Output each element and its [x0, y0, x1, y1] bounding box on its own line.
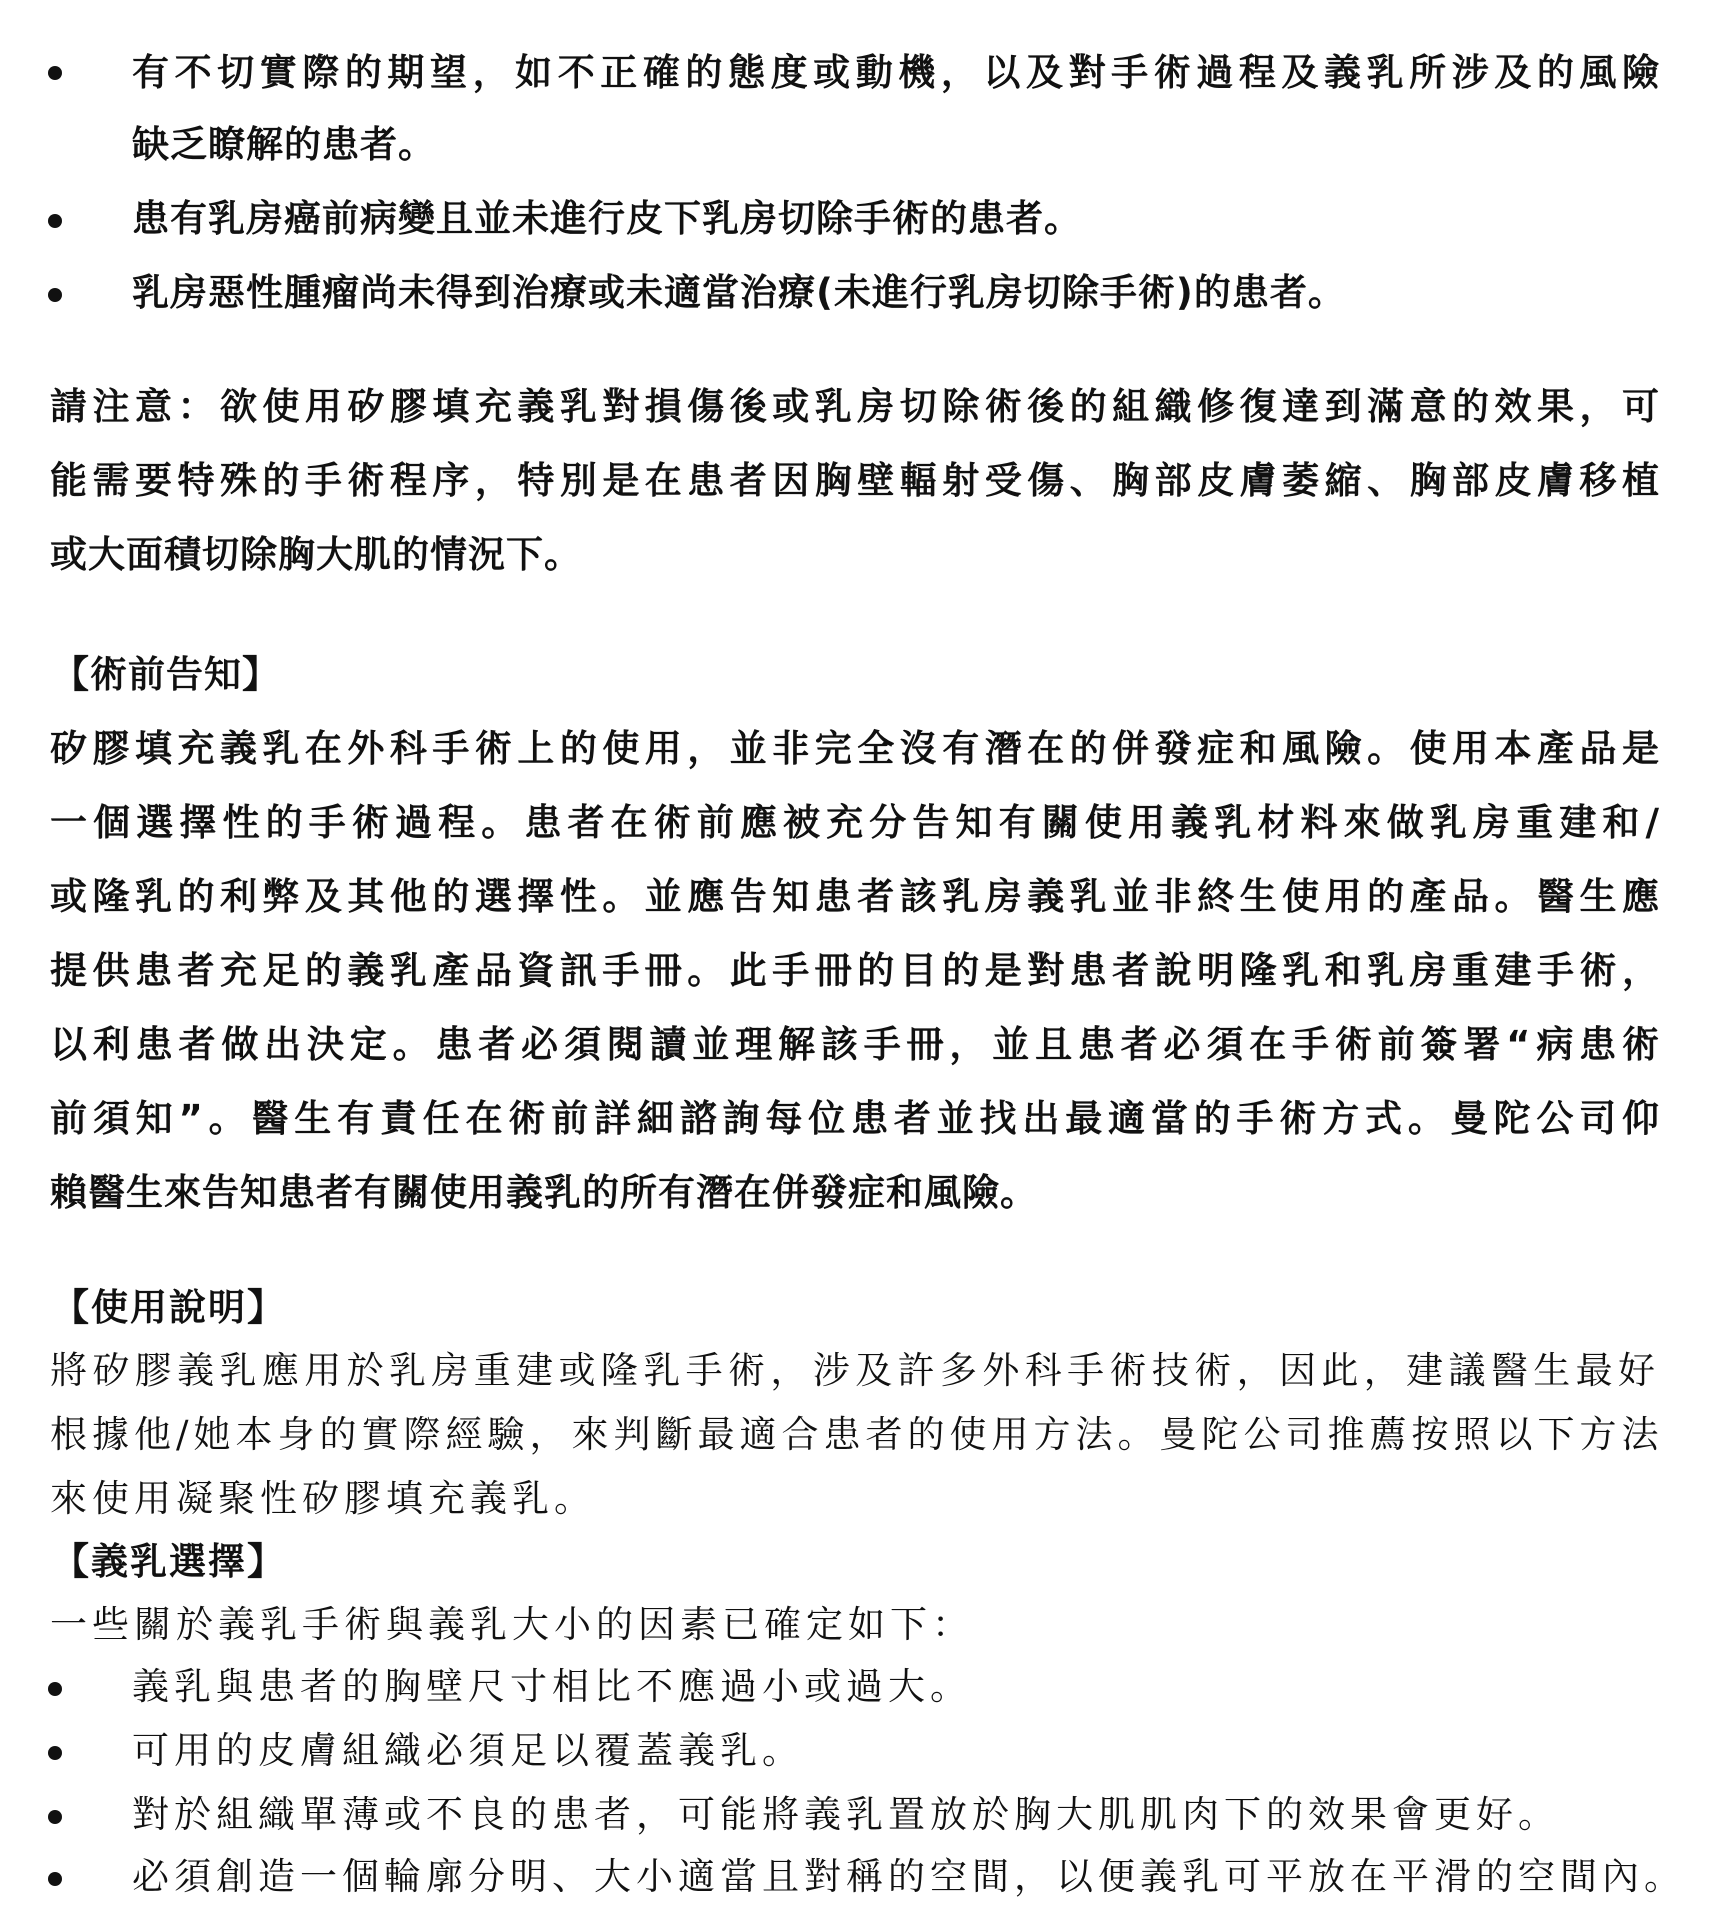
- bullet-line: 必須創造一個輪廓分明、大小適當且對稱的空間，以便義乳可平放在平滑的空間內。: [132, 1854, 1660, 1900]
- bullet-line: 有不切實際的期望，如不正確的態度或動機，以及對手術過程及義乳所涉及的風險: [132, 50, 1660, 96]
- bullet-line: 可用的皮膚組織必須足以覆蓋義乳。: [132, 1728, 1660, 1774]
- paragraph-line: 或隆乳的利弊及其他的選擇性。並應告知患者該乳房義乳並非終生使用的產品。醫生應: [50, 874, 1660, 920]
- bullet-icon: [48, 66, 62, 80]
- bullet-line: 義乳與患者的胸壁尺寸相比不應過小或過大。: [132, 1664, 1660, 1710]
- paragraph-line: 以利患者做出決定。患者必須閱讀並理解該手冊，並且患者必須在手術前簽署“病患術: [50, 1022, 1660, 1068]
- section-heading-preoperative-notice: 【術前告知】: [52, 652, 1662, 698]
- paragraph-line: 將矽膠義乳應用於乳房重建或隆乳手術，涉及許多外科手術技術，因此，建議醫生最好: [50, 1348, 1660, 1394]
- bullet-icon: [48, 1746, 62, 1760]
- section-heading-implant-selection: 【義乳選擇】: [52, 1538, 1662, 1584]
- paragraph-line: 根據他/她本身的實際經驗，來判斷最適合患者的使用方法。曼陀公司推薦按照以下方法: [50, 1412, 1660, 1458]
- paragraph-line: 賴醫生來告知患者有關使用義乳的所有潛在併發症和風險。: [50, 1170, 1660, 1216]
- bullet-icon: [48, 1810, 62, 1824]
- document-page: 有不切實際的期望，如不正確的態度或動機，以及對手術過程及義乳所涉及的風險 缺乏瞭…: [0, 0, 1710, 1920]
- note-line: 能需要特殊的手術程序，特別是在患者因胸壁輻射受傷、胸部皮膚萎縮、胸部皮膚移植: [50, 458, 1660, 504]
- intro-line: 一些關於義乳手術與義乳大小的因素已確定如下：: [50, 1602, 1660, 1648]
- bullet-icon: [48, 288, 62, 302]
- note-line: 或大面積切除胸大肌的情況下。: [50, 532, 1660, 578]
- section-heading-instructions-for-use: 【使用說明】: [52, 1284, 1662, 1330]
- paragraph-line: 一個選擇性的手術過程。患者在術前應被充分告知有關使用義乳材料來做乳房重建和/: [50, 800, 1660, 846]
- paragraph-line: 來使用凝聚性矽膠填充義乳。: [50, 1476, 1660, 1522]
- bullet-line: 缺乏瞭解的患者。: [132, 122, 1660, 168]
- paragraph-line: 前須知”。醫生有責任在術前詳細諮詢每位患者並找出最適當的手術方式。曼陀公司仰: [50, 1096, 1660, 1142]
- paragraph-line: 矽膠填充義乳在外科手術上的使用，並非完全沒有潛在的併發症和風險。使用本產品是: [50, 726, 1660, 772]
- bullet-line: 乳房惡性腫瘤尚未得到治療或未適當治療(未進行乳房切除手術)的患者。: [132, 270, 1660, 316]
- paragraph-line: 提供患者充足的義乳產品資訊手冊。此手冊的目的是對患者說明隆乳和乳房重建手術，: [50, 948, 1660, 994]
- bullet-line: 對於組織單薄或不良的患者，可能將義乳置放於胸大肌肌肉下的效果會更好。: [132, 1792, 1660, 1838]
- note-line: 請注意：欲使用矽膠填充義乳對損傷後或乳房切除術後的組織修復達到滿意的效果，可: [50, 384, 1660, 430]
- bullet-icon: [48, 1682, 62, 1696]
- bullet-icon: [48, 1872, 62, 1886]
- bullet-line: 患有乳房癌前病變且並未進行皮下乳房切除手術的患者。: [132, 196, 1660, 242]
- bullet-icon: [48, 214, 62, 228]
